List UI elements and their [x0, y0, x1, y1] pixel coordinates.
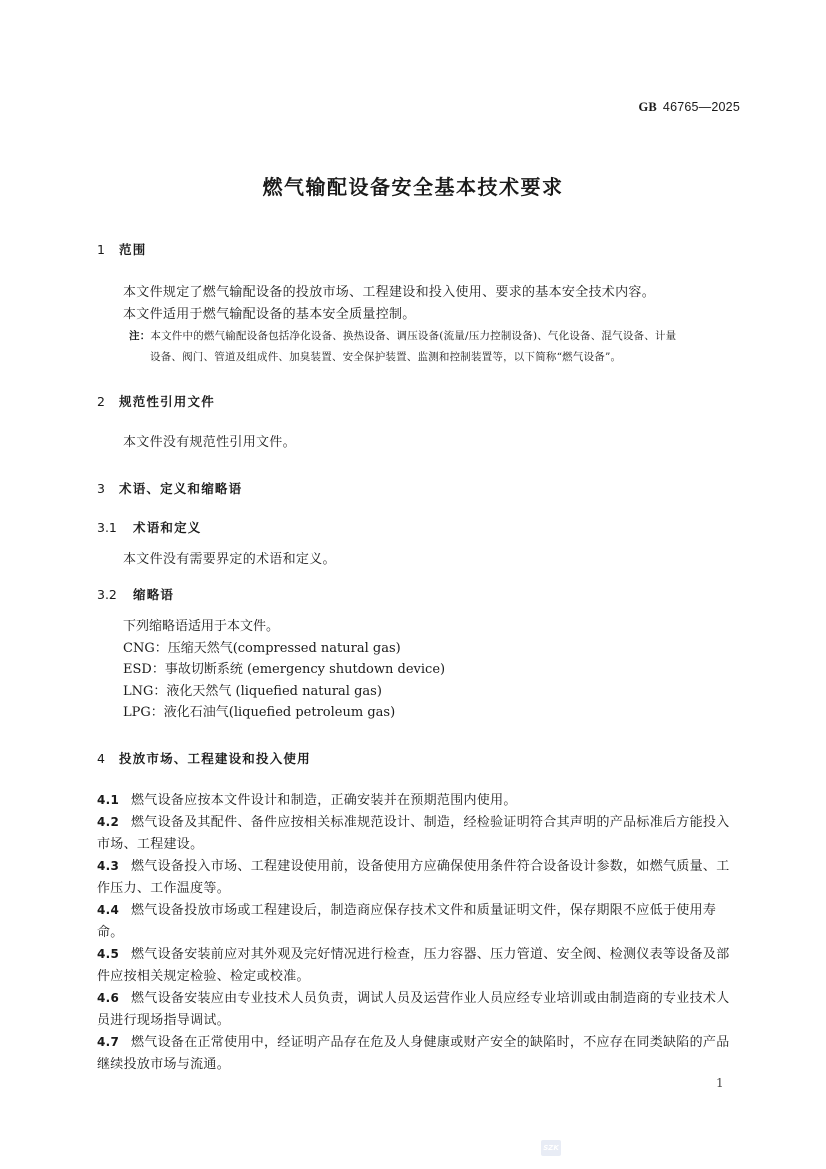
subsection-title: 术语和定义: [133, 520, 202, 535]
document-title: 燃气输配设备安全基本技术要求: [0, 171, 826, 200]
clause-number: 4.6: [97, 988, 131, 1010]
clause-text: 燃气设备投放市场或工程建设后，制造商应保存技术文件和质量证明文件，保存期限不应低…: [97, 903, 716, 940]
standard-code: GB46765—2025: [638, 100, 740, 115]
section-title: 规范性引用文件: [119, 394, 215, 409]
section-2-heading: 2规范性引用文件: [97, 392, 215, 410]
watermark-logo-icon: SZK: [541, 1140, 561, 1156]
abbreviation-item: LNG：液化天然气 (liquefied natural gas): [123, 681, 445, 703]
clause-text: 燃气设备安装前应对其外观及完好情况进行检查，压力容器、压力管道、安全阀、检测仪表…: [97, 947, 730, 984]
clause-4-6: 4.6燃气设备安装应由专业技术人员负责，调试人员及运营作业人员应经专业培训或由制…: [97, 988, 741, 1031]
clause-text: 燃气设备投入市场、工程建设使用前，设备使用方应确保使用条件符合设备设计参数，如燃…: [97, 859, 730, 896]
clause-number: 4.5: [97, 944, 131, 966]
terms-paragraph: 本文件没有需要界定的术语和定义。: [97, 549, 740, 571]
section-3-heading: 3术语、定义和缩略语: [97, 479, 242, 497]
clause-number: 4.7: [97, 1032, 131, 1054]
subsection-number: 3.1: [97, 520, 133, 535]
scope-paragraph-2: 本文件适用于燃气输配设备的基本安全质量控制。: [97, 304, 740, 326]
section-number: 2: [97, 394, 119, 409]
subsection-title: 缩略语: [133, 587, 174, 602]
section-title: 范围: [119, 242, 146, 257]
abbreviation-item: CNG：压缩天然气(compressed natural gas): [123, 638, 445, 660]
abbreviation-item: ESD：事故切断系统 (emergency shutdown device): [123, 659, 445, 681]
page-number: 1: [716, 1076, 724, 1090]
abbreviation-list: 下列缩略语适用于本文件。 CNG：压缩天然气(compressed natura…: [123, 616, 445, 724]
subsection-number: 3.2: [97, 587, 133, 602]
standard-prefix: GB: [638, 100, 656, 114]
clause-number: 4.4: [97, 900, 131, 922]
clause-text: 燃气设备安装应由专业技术人员负责，调试人员及运营作业人员应经专业培训或由制造商的…: [97, 991, 730, 1028]
section-title: 术语、定义和缩略语: [119, 481, 242, 496]
clause-4-7: 4.7燃气设备在正常使用中，经证明产品存在危及人身健康或财产安全的缺陷时，不应存…: [97, 1032, 741, 1075]
clause-4-5: 4.5燃气设备安装前应对其外观及完好情况进行检查，压力容器、压力管道、安全阀、检…: [97, 944, 741, 987]
clause-text: 燃气设备应按本文件设计和制造，正确安装并在预期范围内使用。: [131, 793, 517, 808]
clause-text: 燃气设备在正常使用中，经证明产品存在危及人身健康或财产安全的缺陷时，不应存在同类…: [97, 1035, 730, 1072]
section-number: 1: [97, 242, 119, 257]
clause-number: 4.2: [97, 812, 131, 834]
clause-4-1: 4.1燃气设备应按本文件设计和制造，正确安装并在预期范围内使用。: [97, 790, 741, 812]
document-page: GB46765—2025 燃气输配设备安全基本技术要求 1范围 本文件规定了燃气…: [0, 0, 826, 1169]
clause-text: 燃气设备及其配件、备件应按相关标准规范设计、制造，经检验证明符合其声明的产品标准…: [97, 815, 730, 852]
section-4-heading: 4投放市场、工程建设和投入使用: [97, 749, 311, 767]
note-line-1: 本文件中的燃气输配设备包括净化设备、换热设备、调压设备(流量/压力控制设备)、气…: [150, 330, 676, 342]
standard-number: 46765—2025: [663, 100, 740, 114]
note-line-2: 设备、阀门、管道及组成件、加臭装置、安全保护装置、监测和控制装置等，以下简称“燃…: [129, 347, 741, 368]
section-3-1-heading: 3.1术语和定义: [97, 518, 202, 536]
clause-4-2: 4.2燃气设备及其配件、备件应按相关标准规范设计、制造，经检验证明符合其声明的产…: [97, 812, 741, 855]
note-label: 注：: [129, 330, 150, 342]
abbreviation-intro: 下列缩略语适用于本文件。: [123, 616, 445, 638]
clause-number: 4.1: [97, 790, 131, 812]
clause-number: 4.3: [97, 856, 131, 878]
section-3-2-heading: 3.2缩略语: [97, 585, 174, 603]
clause-4-3: 4.3燃气设备投入市场、工程建设使用前，设备使用方应确保使用条件符合设备设计参数…: [97, 856, 741, 899]
abbreviation-item: LPG：液化石油气(liquefied petroleum gas): [123, 702, 445, 724]
scope-paragraph-1: 本文件规定了燃气输配设备的投放市场、工程建设和投入使用、要求的基本安全技术内容。: [97, 282, 740, 304]
section-title: 投放市场、工程建设和投入使用: [119, 751, 311, 766]
clause-4-4: 4.4燃气设备投放市场或工程建设后，制造商应保存技术文件和质量证明文件，保存期限…: [97, 900, 741, 943]
section-number: 3: [97, 481, 119, 496]
section-number: 4: [97, 751, 119, 766]
section-1-heading: 1范围: [97, 240, 146, 258]
scope-note: 注：本文件中的燃气输配设备包括净化设备、换热设备、调压设备(流量/压力控制设备)…: [129, 326, 741, 368]
normative-references-paragraph: 本文件没有规范性引用文件。: [97, 432, 740, 454]
